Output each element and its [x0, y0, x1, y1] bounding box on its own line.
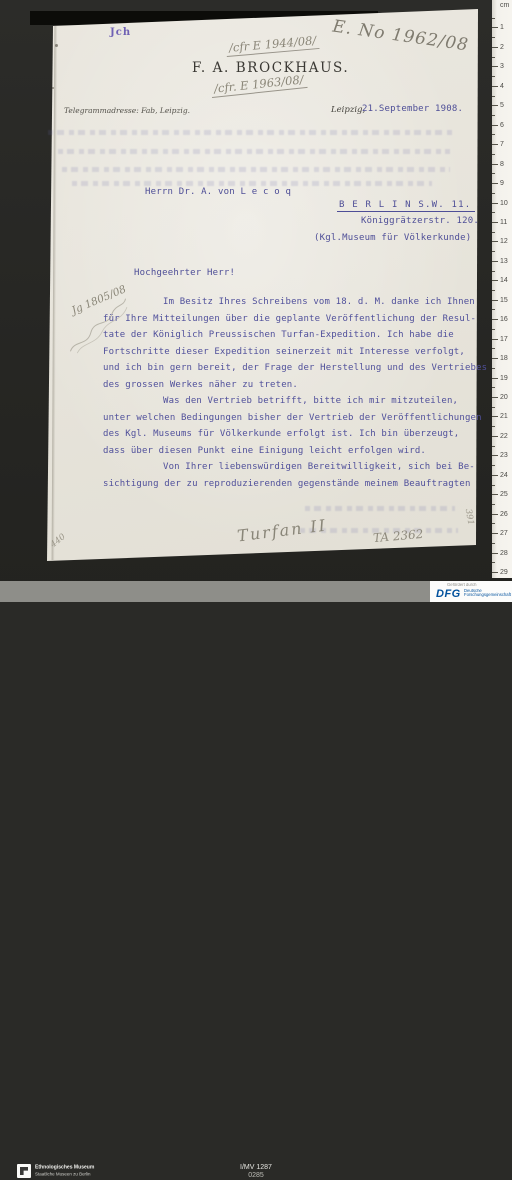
letter-body-line: unter welchen Bedingungen bisher der Ver… — [103, 413, 467, 430]
ruler-label: 5 — [500, 102, 504, 109]
ruler-label: 1 — [500, 24, 504, 31]
ruler-major-tick — [492, 533, 498, 534]
ruler-minor-tick — [492, 407, 495, 408]
ruler-label: 13 — [500, 258, 508, 265]
ruler-major-tick — [492, 475, 498, 476]
letter-body: Im Besitz Ihres Schreibens vom 18. d. M.… — [103, 297, 467, 495]
ruler-label: 28 — [500, 550, 508, 557]
initials-stamp: Jch — [110, 27, 131, 38]
ruler-label: 27 — [500, 530, 508, 537]
ruler-label: 9 — [500, 180, 504, 187]
ruler-major-tick — [492, 416, 498, 417]
ruler-major-tick — [492, 455, 498, 456]
letter-body-line: Von Ihrer liebenswürdigen Bereitwilligke… — [103, 462, 467, 479]
letter-body-line: tate der Königlich Preussischen Turfan-E… — [103, 330, 467, 347]
letter-body-line: für Ihre Mitteilungen über die geplante … — [103, 314, 467, 331]
ruler-minor-tick — [492, 348, 495, 349]
ruler-minor-tick — [492, 251, 495, 252]
ink-bleed-mark — [48, 130, 456, 135]
ruler-minor-tick — [492, 57, 495, 58]
ruler-label: 26 — [500, 511, 508, 518]
ruler-major-tick — [492, 280, 498, 281]
ink-bleed-mark — [58, 149, 450, 154]
ruler-minor-tick — [492, 212, 495, 213]
ruler-label: 14 — [500, 277, 508, 284]
ruler-minor-tick — [492, 309, 495, 310]
dfg-name: Deutsche Forschungsgemeinschaft — [464, 589, 511, 597]
ruler-label: 7 — [500, 141, 504, 148]
ruler-minor-tick — [492, 465, 495, 466]
ruler-label: 3 — [500, 63, 504, 70]
ruler-major-tick — [492, 300, 498, 301]
ruler-label: 4 — [500, 83, 504, 90]
letter-body-line: und ich bin gern bereit, der Frage der H… — [103, 363, 467, 380]
ruler-minor-tick — [492, 232, 495, 233]
ruler-minor-tick — [492, 193, 495, 194]
recipient-name: Herrn Dr. A. von L e c o q — [145, 187, 291, 197]
ruler-major-tick — [492, 319, 498, 320]
ruler-label: 12 — [500, 238, 508, 245]
ruler-major-tick — [492, 183, 498, 184]
ruler-label: 10 — [500, 200, 508, 207]
recipient-city: B E R L I N S.W. 11. — [337, 200, 475, 212]
ruler-label: 19 — [500, 375, 508, 382]
recipient-institution: (Kgl.Museum für Völkerkunde) — [314, 233, 471, 243]
ruler-minor-tick — [492, 426, 495, 427]
ruler-label: 22 — [500, 433, 508, 440]
ruler-major-tick — [492, 553, 498, 554]
ruler-label: 8 — [500, 161, 504, 168]
ruler-label: 21 — [500, 413, 508, 420]
ruler-major-tick — [492, 222, 498, 223]
ruler-major-tick — [492, 27, 498, 28]
letter-body-line: des grossen Werkes näher zu treten. — [103, 380, 467, 397]
pin-hole — [55, 44, 58, 47]
ruler-label: 16 — [500, 316, 508, 323]
ruler-major-tick — [492, 164, 498, 165]
letter-body-line: Was den Vertrieb betrifft, bitte ich mir… — [103, 396, 467, 413]
ruler-major-tick — [492, 397, 498, 398]
ruler-minor-tick — [492, 290, 495, 291]
ruler-label: 23 — [500, 452, 508, 459]
ink-bleed-mark — [305, 506, 455, 511]
ruler-minor-tick — [492, 562, 495, 563]
letter-date: 21.September 1908. — [362, 104, 463, 114]
ruler-major-tick — [492, 47, 498, 48]
pin-hole — [52, 87, 54, 89]
ruler-major-tick — [492, 358, 498, 359]
ruler-major-tick — [492, 339, 498, 340]
ruler-major-tick — [492, 261, 498, 262]
dfg-logo: DFG — [436, 588, 461, 600]
letter-body-line: Fortschritte dieser Expedition seinerzei… — [103, 347, 467, 364]
dfg-name-line2: Forschungsgemeinschaft — [464, 593, 511, 597]
ruler-major-tick — [492, 572, 498, 573]
letterhead-company: F. A. BROCKHAUS. — [192, 60, 349, 76]
ruler: cm12345678910111213141516171819202122232… — [492, 0, 512, 578]
ruler-minor-tick — [492, 543, 495, 544]
ruler-minor-tick — [492, 271, 495, 272]
ruler-label: 11 — [500, 219, 507, 226]
ruler-label: 2 — [500, 44, 504, 51]
ruler-major-tick — [492, 241, 498, 242]
letterhead-telegram-address: Telegrammadresse: Fab, Leipzig. — [64, 106, 190, 115]
ruler-major-tick — [492, 514, 498, 515]
ruler-label: 24 — [500, 472, 508, 479]
ruler-label: 17 — [500, 336, 508, 343]
ruler-minor-tick — [492, 368, 495, 369]
ruler-major-tick — [492, 105, 498, 106]
ruler-minor-tick — [492, 446, 495, 447]
ruler-label: 20 — [500, 394, 508, 401]
funding-label: Gefördert durch — [447, 583, 476, 587]
ruler-label: 6 — [500, 122, 504, 129]
ruler-label: 25 — [500, 491, 508, 498]
ruler-minor-tick — [492, 504, 495, 505]
ruler-minor-tick — [492, 154, 495, 155]
ruler-label: 29 — [500, 569, 508, 576]
letter-body-line: Im Besitz Ihres Schreibens vom 18. d. M.… — [103, 297, 467, 314]
ruler-major-tick — [492, 203, 498, 204]
scan-background: Jch /cfr E 1944/08/ E. No 1962/08 /cfr. … — [0, 0, 512, 602]
ruler-major-tick — [492, 66, 498, 67]
ruler-major-tick — [492, 144, 498, 145]
ruler-major-tick — [492, 125, 498, 126]
ruler-minor-tick — [492, 485, 495, 486]
ruler-minor-tick — [492, 37, 495, 38]
funding-branding: Gefördert durch DFG Deutsche Forschungsg… — [430, 581, 512, 602]
ruler-minor-tick — [492, 387, 495, 388]
ruler-unit-label: cm — [500, 2, 509, 9]
salutation: Hochgeehrter Herr! — [134, 268, 235, 278]
ruler-minor-tick — [492, 76, 495, 77]
ruler-minor-tick — [492, 173, 495, 174]
letter-body-line: des Kgl. Museums für Völkerkunde erfolgt… — [103, 429, 467, 446]
ruler-major-tick — [492, 436, 498, 437]
letter-body-line: dass über diesen Punkt eine Einigung lei… — [103, 446, 467, 463]
ruler-minor-tick — [492, 18, 495, 19]
recipient-street: Königgrätzerstr. 120. — [361, 216, 479, 226]
ruler-major-tick — [492, 86, 498, 87]
ruler-minor-tick — [492, 523, 495, 524]
ink-bleed-mark — [62, 167, 450, 172]
ruler-major-tick — [492, 378, 498, 379]
ruler-major-tick — [492, 494, 498, 495]
letter-body-line: sichtigung der zu reproduzierenden gegen… — [103, 479, 467, 496]
ruler-minor-tick — [492, 134, 495, 135]
ink-bleed-mark — [72, 181, 432, 186]
ruler-minor-tick — [492, 329, 495, 330]
ruler-label: 15 — [500, 297, 508, 304]
letterhead-place: Leipzig, — [331, 105, 365, 115]
ruler-minor-tick — [492, 115, 495, 116]
ruler-label: 18 — [500, 355, 508, 362]
ruler-minor-tick — [492, 96, 495, 97]
